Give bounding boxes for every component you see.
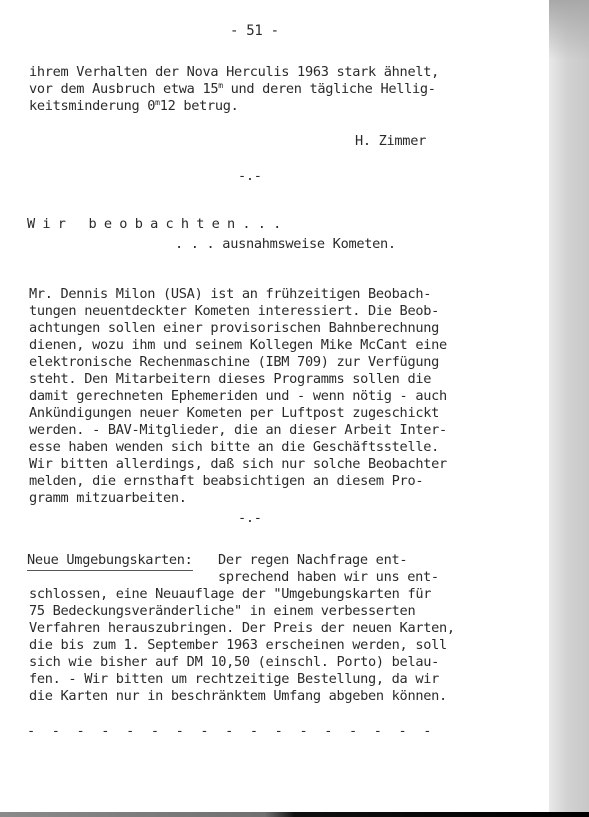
text-line: gramm mitzuarbeiten. <box>29 490 187 506</box>
text-line: melden, die ernsthaft beabsichtigen an d… <box>29 473 423 489</box>
section-separator: -.- <box>238 510 262 526</box>
text-line: die bis zum 1. September 1963 erscheinen… <box>29 637 447 653</box>
text-line: damit gerechneten Ephemeriden und - wenn… <box>29 388 447 404</box>
text-line: werden. - BAV-Mitglieder, die an dieser … <box>29 422 447 438</box>
text-line: sich wie bisher auf DM 10,50 (einschl. P… <box>29 654 439 670</box>
text-line: Mr. Dennis Milon (USA) ist an frühzeitig… <box>29 286 431 302</box>
author-signature: H. Zimmer <box>355 133 426 149</box>
text-line: sprechend haben wir uns ent- <box>218 569 439 585</box>
section-subheading: . . . ausnahmsweise Kometen. <box>175 236 396 252</box>
text-line: achtungen sollen einer provisorischen Ba… <box>29 320 439 336</box>
text-fragment: 12 betrug. <box>160 98 239 114</box>
text-line: steht. Den Mitarbeitern dieses Programms… <box>29 371 431 387</box>
text-line: vor dem Ausbruch etwa 15m und deren tägl… <box>29 81 436 97</box>
page-edge-shadow <box>549 0 589 817</box>
text-line: keitsminderung 0m12 betrug. <box>29 98 239 114</box>
text-line: dienen, wozu ihm und seinem Kollegen Mik… <box>29 337 447 353</box>
end-rule: - - - - - - - - - - - - - - - - - <box>27 723 436 739</box>
text-line: esse haben wenden sich bitte an die Gesc… <box>29 439 439 455</box>
text-fragment: vor dem Ausbruch etwa 15 <box>29 81 218 97</box>
section-heading: Wir beobachten... <box>27 216 289 232</box>
scan-bottom-edge <box>0 812 589 817</box>
text-fragment: keitsminderung 0 <box>29 98 155 114</box>
text-line: die Karten nur in beschränktem Umfang ab… <box>29 688 447 704</box>
text-line: schlossen, eine Neuauflage der "Umgebung… <box>29 586 431 602</box>
text-line: Ankündigungen neuer Kometen per Luftpost… <box>29 405 439 421</box>
page-number: - 51 - <box>230 23 279 39</box>
text-line: Verfahren herauszubringen. Der Preis der… <box>29 620 455 636</box>
text-line: Der regen Nachfrage ent- <box>218 552 407 568</box>
text-line: tungen neuentdeckter Kometen interessier… <box>29 303 439 319</box>
text-line: elektronische Rechenmaschine (IBM 709) z… <box>29 354 439 370</box>
section-label: Neue Umgebungskarten: <box>27 552 193 571</box>
section-separator: -.- <box>238 168 262 184</box>
text-line: 75 Bedeckungsveränderliche" in einem ver… <box>29 603 415 619</box>
text-fragment: und deren tägliche Hellig- <box>223 81 436 97</box>
text-line: ihrem Verhalten der Nova Herculis 1963 s… <box>29 64 439 80</box>
text-line: Wir bitten allerdings, daß sich nur solc… <box>29 456 447 472</box>
text-line: fen. - Wir bitten um rechtzeitige Bestel… <box>29 671 439 687</box>
